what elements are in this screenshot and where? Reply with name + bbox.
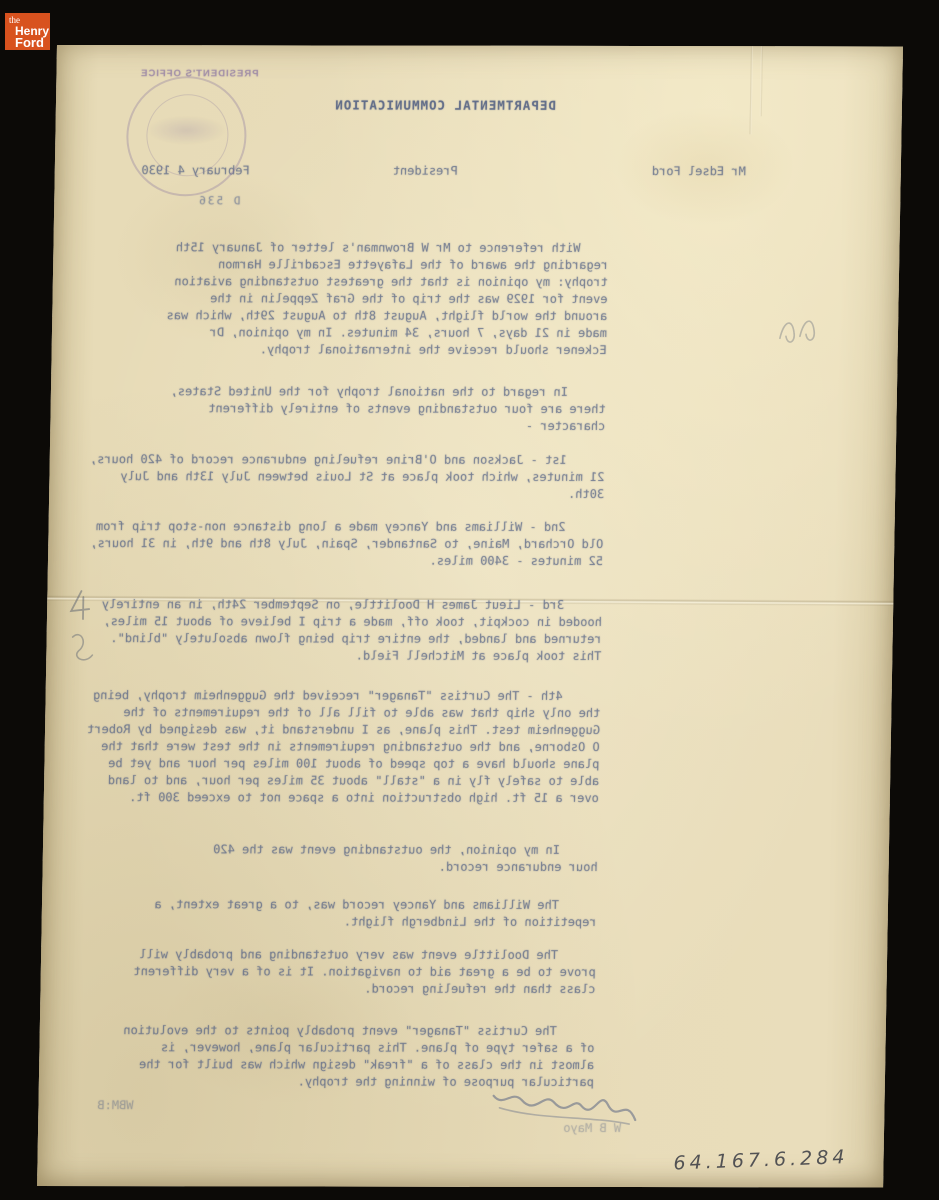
signature-scrawl <box>489 1090 640 1132</box>
memo-paragraph: With reference to Mr W Brownman's letter… <box>162 239 609 359</box>
memo-paragraph: The Curtiss "Tanager" event probably poi… <box>114 1022 595 1091</box>
mirrored-bleedthrough-layer: DEPARTMENTAL COMMUNICATION Mr Edsel Ford… <box>37 45 903 1187</box>
memo-paragraph: 4th - The Curtiss "Tanager" received the… <box>79 687 601 807</box>
file-number-mark: D 536 <box>197 192 240 209</box>
memo-paragraph: In my opinion, the outstanding event was… <box>178 841 599 876</box>
scanned-letter-paper: DEPARTMENTAL COMMUNICATION Mr Edsel Ford… <box>37 45 903 1187</box>
memo-paragraph: 2nd - Williams and Yancey made a long di… <box>88 518 604 570</box>
henry-ford-museum-logo: the Henry Ford <box>5 13 50 50</box>
margin-pencil-marks <box>58 585 110 675</box>
received-stamp-smudge <box>146 115 227 145</box>
margin-pencil-scribble <box>774 308 825 352</box>
memo-paragraph: In regard to the national trophy for the… <box>143 383 606 435</box>
typist-initials: WBM:B <box>97 1097 133 1114</box>
memo-recipient-title: President <box>393 163 458 180</box>
memo-recipient: Mr Edsel Ford <box>652 163 746 180</box>
scanned-archive-page: { "branding": { "logo": { "the": "the", … <box>0 0 939 1200</box>
memo-paragraph: The Williams and Yancey record was, to a… <box>127 896 598 931</box>
memo-paragraph: 3rd - Lieut James H Doolittle, on Septem… <box>86 596 602 665</box>
memo-paragraph: 1st - Jackson and O'Brine refueling endu… <box>89 451 605 503</box>
logo-word-ford: Ford <box>15 37 50 49</box>
memo-paragraph: The Doolittle event was very outstanding… <box>95 946 596 998</box>
memo-title: DEPARTMENTAL COMMUNICATION <box>334 96 556 113</box>
